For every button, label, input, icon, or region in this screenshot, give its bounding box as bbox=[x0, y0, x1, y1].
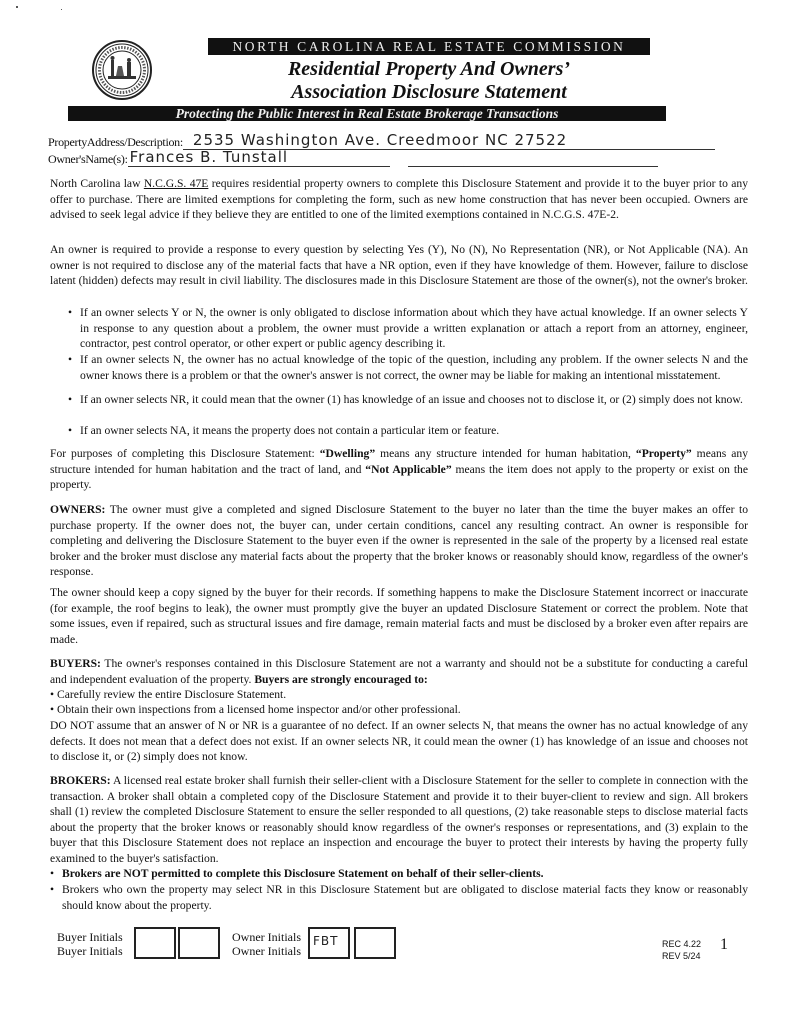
form-title-line1: Residential Property And Owners’ bbox=[208, 58, 650, 81]
term-property: “Property” bbox=[636, 447, 692, 460]
bullet-icon: • bbox=[68, 392, 72, 408]
owner-name-row: Owner'sName(s): Frances B. Tunstall bbox=[48, 148, 658, 167]
buyer-initials-labels: Buyer Initials Buyer Initials bbox=[57, 930, 123, 958]
buyers-warning: DO NOT assume that an answer of N or NR … bbox=[50, 718, 748, 765]
owner-name-field[interactable]: Frances B. Tunstall bbox=[128, 148, 390, 167]
commission-banner: NORTH CAROLINA REAL ESTATE COMMISSION bbox=[208, 38, 650, 55]
owner-initials-box-1[interactable]: FBT bbox=[308, 927, 350, 959]
term-dwelling: “Dwelling” bbox=[320, 447, 375, 460]
bullet-icon: • bbox=[50, 882, 54, 898]
brokers-section: BROKERS: A licensed real estate broker s… bbox=[50, 773, 748, 867]
bullet-nr: • If an owner selects NR, it could mean … bbox=[68, 392, 748, 408]
intro-paragraph-responses: An owner is required to provide a respon… bbox=[50, 242, 748, 289]
revision-date: REV 5/24 bbox=[662, 950, 701, 962]
owners-section: OWNERS: The owner must give a completed … bbox=[50, 502, 748, 580]
page-number: 1 bbox=[720, 936, 728, 954]
owner-initials-box-2[interactable] bbox=[354, 927, 396, 959]
buyers-bullet-inspect: • Obtain their own inspections from a li… bbox=[50, 702, 748, 718]
owner-name-label: Owner'sName(s): bbox=[48, 152, 128, 167]
owner-name-field-2[interactable] bbox=[408, 165, 658, 167]
nc-state-seal-icon bbox=[92, 40, 152, 100]
bullet-icon: • bbox=[68, 352, 72, 368]
buyers-section: BUYERS: The owner's responses contained … bbox=[50, 656, 748, 687]
bullet-icon: • bbox=[68, 305, 72, 321]
tagline-banner: Protecting the Public Interest in Real E… bbox=[68, 106, 666, 121]
intro-paragraph-law: North Carolina law N.C.G.S. 47E requires… bbox=[50, 176, 748, 223]
scan-speck bbox=[61, 9, 62, 10]
owners-heading: OWNERS: bbox=[50, 503, 105, 516]
bullet-y-or-n: • If an owner selects Y or N, the owner … bbox=[68, 305, 748, 352]
form-revision: REC 4.22 REV 5/24 bbox=[662, 938, 701, 962]
form-code: REC 4.22 bbox=[662, 938, 701, 950]
buyer-initials-box-2[interactable] bbox=[178, 927, 220, 959]
bullet-icon: • bbox=[50, 866, 54, 882]
bullet-na: • If an owner selects NA, it means the p… bbox=[68, 423, 748, 439]
buyers-bullet-review: • Carefully review the entire Disclosure… bbox=[50, 687, 748, 703]
brokers-bullet-not-permitted: • Brokers are NOT permitted to complete … bbox=[50, 866, 748, 882]
owner-copy-paragraph: The owner should keep a copy signed by t… bbox=[50, 585, 748, 647]
law-reference: N.C.G.S. 47E bbox=[144, 177, 209, 190]
bullet-icon: • bbox=[68, 423, 72, 439]
form-title-line2: Association Disclosure Statement bbox=[208, 81, 650, 104]
buyers-encouraged: Buyers are strongly encouraged to: bbox=[254, 673, 427, 686]
owner-initials-labels: Owner Initials Owner Initials bbox=[232, 930, 301, 958]
bullet-n: • If an owner selects N, the owner has n… bbox=[68, 352, 748, 383]
definitions-paragraph: For purposes of completing this Disclosu… bbox=[50, 446, 748, 493]
scan-speck bbox=[16, 6, 18, 8]
term-not-applicable: “Not Applicable” bbox=[365, 463, 451, 476]
buyer-initials-box-1[interactable] bbox=[134, 927, 176, 959]
brokers-bullet-owned-property: • Brokers who own the property may selec… bbox=[50, 882, 748, 913]
buyers-heading: BUYERS: bbox=[50, 657, 101, 670]
brokers-heading: BROKERS: bbox=[50, 774, 111, 787]
